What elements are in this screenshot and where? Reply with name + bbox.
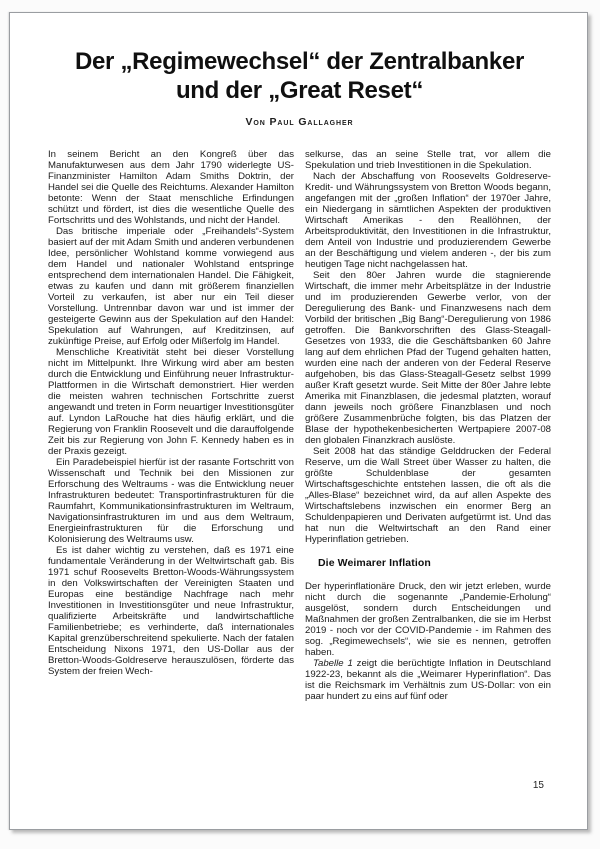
article-title-line2: und der „Great Reset“ bbox=[176, 77, 423, 104]
paragraph: Seit den 80er Jahren wurde die stagniere… bbox=[305, 270, 551, 446]
paragraph: Der hyperinflationäre Druck, den wir jet… bbox=[305, 581, 551, 658]
article-title-line1: Der „Regimewechsel“ der Zentralbanker bbox=[75, 48, 524, 75]
table-reference: Tabelle 1 bbox=[313, 658, 353, 669]
article-body: In seinem Bericht an den Kongreß über da… bbox=[48, 149, 551, 782]
left-column: In seinem Bericht an den Kongreß über da… bbox=[48, 149, 294, 782]
right-column: selkurse, das an seine Stelle trat, vor … bbox=[305, 149, 551, 782]
section-heading: Die Weimarer Inflation bbox=[318, 557, 551, 569]
paragraph: Seit 2008 hat das ständige Gelddrucken d… bbox=[305, 446, 551, 545]
paragraph-with-table-reference: Tabelle 1 zeigt die berüchtigte Inflatio… bbox=[305, 658, 551, 702]
document-page: Der „Regimewechsel“ der Zentralbankerund… bbox=[9, 12, 588, 830]
paragraph: In seinem Bericht an den Kongreß über da… bbox=[48, 149, 294, 226]
paragraph: selkurse, das an seine Stelle trat, vor … bbox=[305, 149, 551, 171]
page-number: 15 bbox=[533, 780, 544, 791]
paragraph: Menschliche Kreativität steht bei dieser… bbox=[48, 347, 294, 457]
article-byline: Von Paul Gallagher bbox=[48, 116, 551, 128]
paragraph: Nach der Abschaffung von Roosevelts Gold… bbox=[305, 171, 551, 270]
scanned-page-background: Der „Regimewechsel“ der Zentralbankerund… bbox=[0, 0, 600, 849]
paragraph: Es ist daher wichtig zu verstehen, daß e… bbox=[48, 545, 294, 677]
article-title: Der „Regimewechsel“ der Zentralbankerund… bbox=[48, 47, 551, 105]
paragraph: Das britische imperiale oder „Freihandel… bbox=[48, 226, 294, 347]
paragraph: Ein Paradebeispiel hierfür ist der rasan… bbox=[48, 457, 294, 545]
